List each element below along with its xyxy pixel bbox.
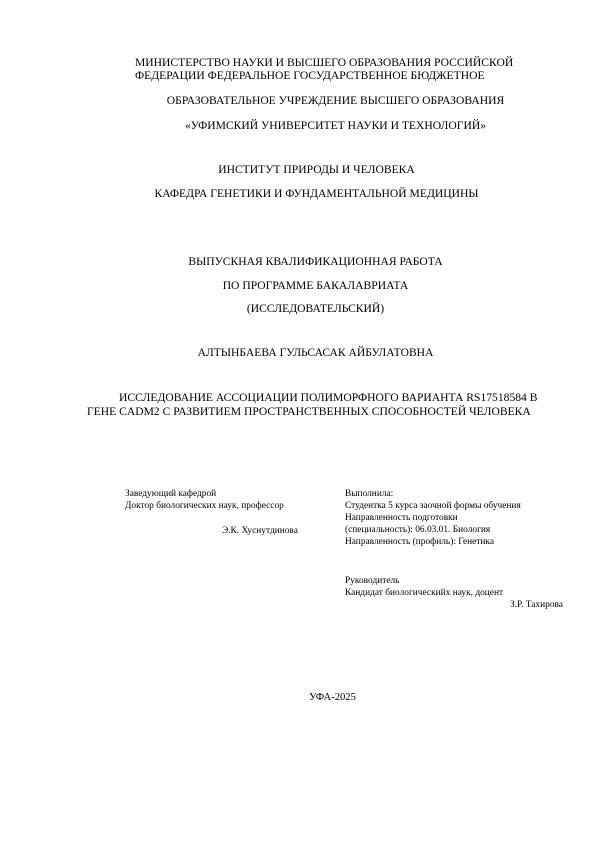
supervisor-degree: Кандидат биологическийх наук, доцент: [345, 588, 503, 600]
performer-specialty: (специальность): 06.03.01. Биология: [345, 525, 490, 537]
work-type-line-3: (ИССЛЕДОВАТЕЛЬСКИЙ): [18, 302, 595, 316]
department-name: КАФЕДРА ГЕНЕТИКИ И ФУНДАМЕНТАЛЬНОЙ МЕДИЦ…: [19, 187, 595, 201]
author-name: АЛТЫНБАЕВА ГУЛЬСАСАК АЙБУЛАТОВНА: [18, 346, 595, 360]
performer-course: Студентка 5 курса заочной формы обучения: [345, 501, 521, 513]
head-of-department-name: Э.К. Хуснутдинова: [222, 526, 298, 538]
university-name: «УФИМСКИЙ УНИВЕРСИТЕТ НАУКИ И ТЕХНОЛОГИЙ…: [38, 119, 595, 133]
performer-profile: Направленность (профиль): Генетика: [345, 537, 494, 549]
performer-direction-label: Направленность подготовки: [345, 513, 458, 525]
work-type-line-1: ВЫПУСКНАЯ КВАЛИФИКАЦИОННАЯ РАБОТА: [18, 255, 595, 269]
thesis-title-line-1: ИССЛЕДОВАНИЕ АССОЦИАЦИИ ПОЛИМОРФНОГО ВАР…: [119, 391, 537, 405]
thesis-title-line-2: ГЕНЕ CADM2 С РАЗВИТИЕМ ПРОСТРАНСТВЕННЫХ …: [87, 405, 531, 419]
work-type-line-2: ПО ПРОГРАММЕ БАКАЛАВРИАТА: [18, 279, 595, 293]
supervisor-role: Руководитель: [345, 576, 399, 588]
supervisor-name: З.Р. Тахирова: [510, 600, 563, 612]
title-page: МИНИСТЕРСТВО НАУКИ И ВЫСШЕГО ОБРАЗОВАНИЯ…: [0, 0, 595, 841]
ministry-line-1: МИНИСТЕРСТВО НАУКИ И ВЫСШЕГО ОБРАЗОВАНИЯ…: [135, 56, 513, 70]
ministry-line-2: ФЕДЕРАЦИИ ФЕДЕРАЛЬНОЕ ГОСУДАРСТВЕННОЕ БЮ…: [135, 69, 485, 83]
city-year: УФА-2025: [35, 691, 595, 705]
head-of-department-role: Заведующий кафедрой: [125, 489, 216, 501]
ministry-line-3: ОБРАЗОВАТЕЛЬНОЕ УЧРЕЖДЕНИЕ ВЫСШЕГО ОБРАЗ…: [38, 94, 595, 108]
performer-label: Выполнила:: [345, 489, 393, 501]
head-of-department-degree: Доктор биологических наук, профессор: [125, 501, 284, 513]
institute-name: ИНСТИТУТ ПРИРОДЫ И ЧЕЛОВЕКА: [19, 163, 595, 177]
